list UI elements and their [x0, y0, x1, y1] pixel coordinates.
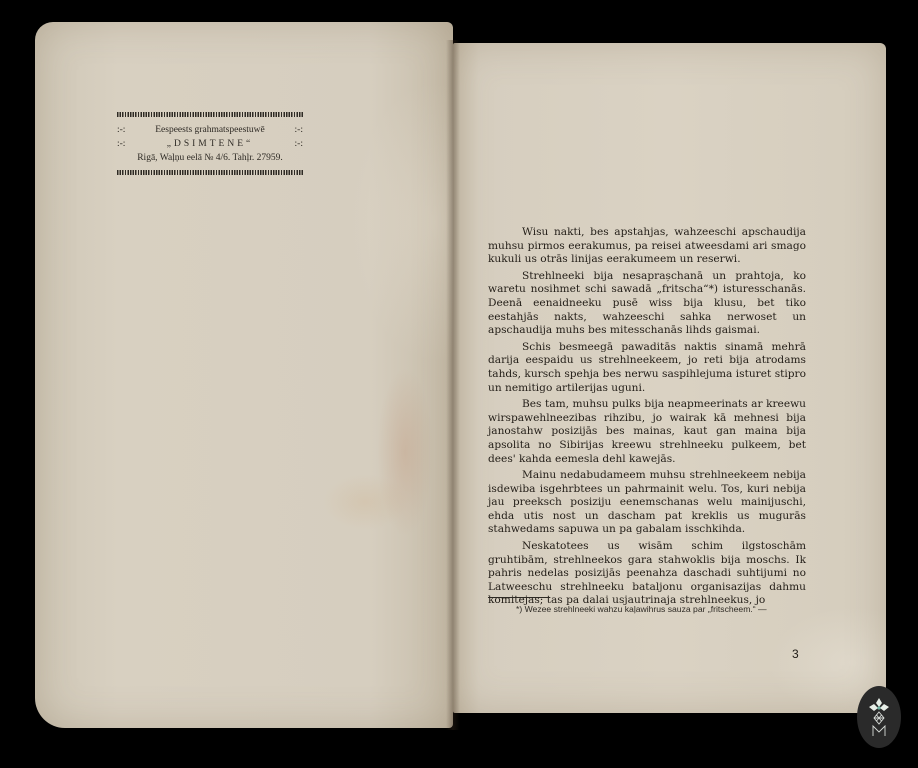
imprint-press-title: „DSIMTENE“	[125, 137, 294, 151]
imprint-ornament-right: :-:	[295, 123, 303, 137]
paragraph: Mainu nedabudameem muhsu strehlneekeem n…	[488, 469, 806, 537]
footnote-divider	[488, 597, 550, 598]
imprint-ornament-left: :-:	[117, 123, 125, 137]
imprint-top-rule	[117, 112, 303, 117]
paragraph: Wisu nakti, bes apstahjas, wahzeeschi ap…	[488, 226, 806, 267]
page-body-text: Wisu nakti, bes apstahjas, wahzeeschi ap…	[488, 226, 806, 611]
printer-imprint: :-: Eespeests grahmatspeestuwē :-: :-: „…	[117, 112, 303, 175]
imprint-line-1: :-: Eespeests grahmatspeestuwē :-:	[117, 123, 303, 137]
page-number: 3	[792, 647, 799, 661]
watermark-logo	[857, 686, 901, 748]
imprint-ornament-right: :-:	[295, 137, 303, 151]
paragraph: Bes tam, muhsu pulks bija neapmeerinats …	[488, 398, 806, 466]
imprint-line-3: Rigā, Waļņu eelā № 4/6. Tahļr. 27959.	[117, 151, 303, 165]
paragraph: Schis besmeegā pawaditās naktis sinamā m…	[488, 341, 806, 395]
imprint-address: Rigā, Waļņu eelā № 4/6. Tahļr. 27959.	[117, 151, 303, 165]
imprint-ornament-left: :-:	[117, 137, 125, 151]
imprint-line-2: :-: „DSIMTENE“ :-:	[117, 137, 303, 151]
flower-m-logo-icon	[857, 686, 901, 748]
imprint-bottom-rule	[117, 170, 303, 175]
footnote-text: *) Wezee strehlneeki wahzu kaļawihrus sa…	[516, 604, 767, 614]
imprint-printer-name: Eespeests grahmatspeestuwē	[125, 123, 294, 137]
paragraph: Strehlneeki bija nesaprașchanā un prahto…	[488, 270, 806, 338]
footnote: *) Wezee strehlneeki wahzu kaļawihrus sa…	[488, 603, 806, 615]
